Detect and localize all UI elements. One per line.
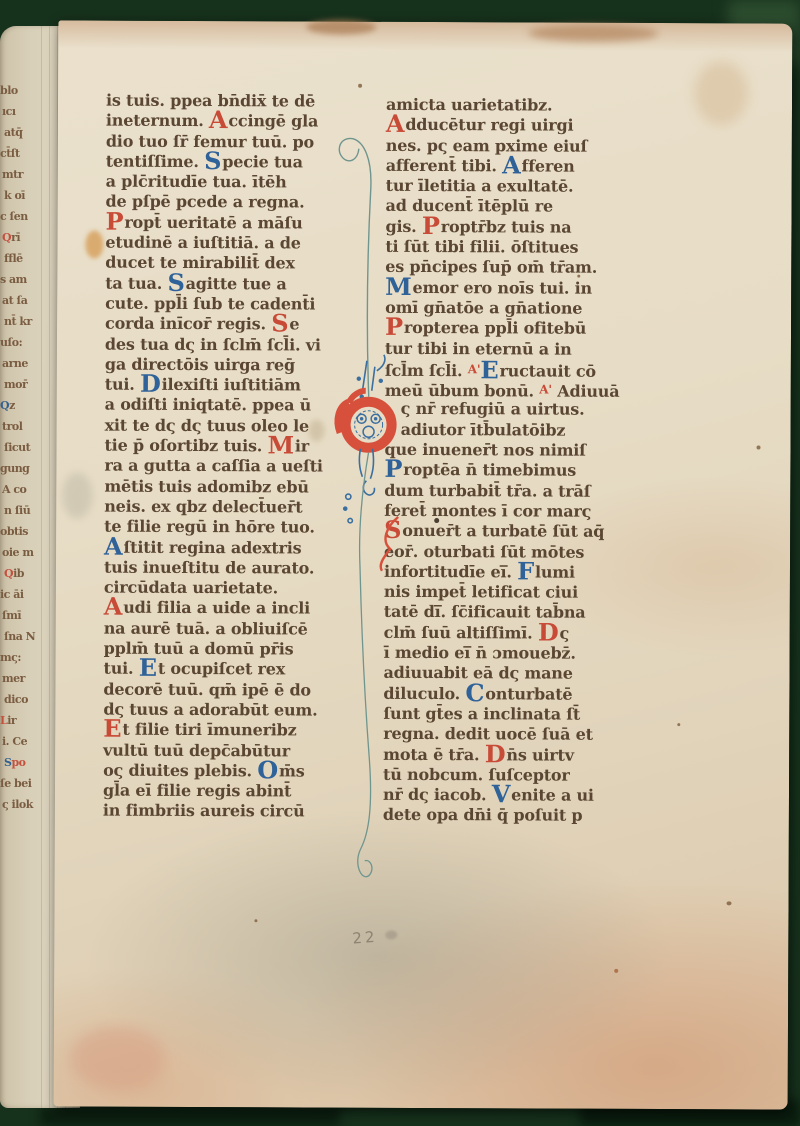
red-initial-flourish bbox=[381, 517, 399, 571]
text-run: Q bbox=[4, 567, 13, 580]
versal-initial: A bbox=[104, 600, 122, 614]
text-run: e bbox=[289, 315, 299, 334]
edge-text-fragment: ſe bei bbox=[0, 777, 31, 790]
text-run: ſmī bbox=[2, 609, 21, 622]
versal-initial: S bbox=[204, 154, 221, 168]
text-run: a odiſti iniqtatē. ppea ū bbox=[105, 395, 311, 415]
parchment-page: is tuis. ppea bn̄dix̄ te dēineternum. Ac… bbox=[54, 20, 793, 1109]
versal-initial: F bbox=[517, 564, 534, 578]
text-run: nt̄ kr bbox=[4, 315, 32, 328]
text-run: ga directōis uirga reḡ bbox=[105, 354, 295, 374]
edge-text-fragment: k oī bbox=[4, 189, 25, 202]
text-run: ineternum. bbox=[106, 111, 209, 130]
edge-text-fragment: Qrī bbox=[2, 231, 20, 244]
text-run: onturbatē bbox=[485, 684, 572, 703]
text-run: tui. bbox=[105, 375, 140, 394]
edge-text-fragment: Qz bbox=[0, 399, 15, 412]
filigree-penwork-lower bbox=[344, 449, 375, 523]
edge-text-fragment: n ſiū bbox=[4, 504, 30, 517]
text-run: c ſen bbox=[0, 210, 28, 223]
edge-text-fragment: Spo bbox=[4, 756, 25, 769]
edge-text-fragment: c ſen bbox=[0, 210, 28, 223]
text-run: n̄s uirtv bbox=[506, 745, 574, 764]
text-run: ructauit cō bbox=[499, 361, 596, 380]
text-run: gung bbox=[0, 462, 29, 475]
text-run: Q bbox=[2, 231, 11, 244]
edge-text-fragment: A co bbox=[2, 483, 26, 496]
flourish-descender bbox=[358, 453, 374, 877]
text-run: ta tua. bbox=[105, 273, 167, 292]
stain bbox=[85, 231, 103, 259]
text-run: at ſa bbox=[2, 294, 27, 307]
text-run: po bbox=[11, 756, 25, 769]
text-run: ducet te mirabilit̄ dex bbox=[105, 253, 295, 273]
text-run: ra a gutta a caſſia a ueſti bbox=[104, 456, 322, 476]
text-run: rī bbox=[11, 231, 20, 244]
speck bbox=[757, 445, 761, 449]
text-run: tione bbox=[537, 298, 582, 317]
speck bbox=[677, 723, 680, 726]
edge-text-fragment: Lir bbox=[0, 714, 16, 727]
edge-text-fragment: mtr bbox=[2, 168, 23, 181]
text-run: tui. bbox=[104, 659, 139, 678]
decorated-initial-and-flourish bbox=[322, 97, 436, 932]
text-run: mor̄ bbox=[4, 378, 27, 391]
text-run: ilexiſti iuſtitiām bbox=[162, 375, 301, 395]
versal-initial: O bbox=[257, 763, 278, 777]
text-run: A co bbox=[2, 483, 26, 496]
edge-text-fragment: gung bbox=[0, 462, 29, 475]
edge-text-fragment: dico bbox=[4, 693, 28, 706]
speck bbox=[254, 919, 257, 922]
text-run: neis. ex qbz delect̄uer̄t bbox=[104, 497, 302, 517]
edge-text-fragment: ic āi bbox=[0, 588, 24, 601]
edge-text-fragment: mς: bbox=[0, 651, 21, 664]
edge-text-fragment: at ſa bbox=[2, 294, 27, 307]
text-run: emor ero noīs tui. in bbox=[413, 278, 592, 298]
text-run: enite a ui bbox=[511, 785, 594, 804]
versal-initial: V bbox=[492, 787, 510, 801]
text-run: des tua dς in ſclm̄ ſcl̄i. vi bbox=[105, 334, 321, 354]
text-run: ccingē gla bbox=[228, 111, 318, 130]
text-run: in fimbriis aureis circū bbox=[103, 801, 305, 821]
text-run: ς bbox=[559, 623, 569, 642]
edge-text-fragment: blo bbox=[0, 84, 18, 97]
text-run: ic āi bbox=[0, 588, 24, 601]
text-run: ib bbox=[13, 567, 24, 580]
versal-initial: E bbox=[480, 363, 498, 377]
edge-text-fragment: Qib bbox=[4, 567, 24, 580]
text-run: agitte tue a bbox=[186, 274, 287, 293]
versal-initial: E bbox=[103, 722, 121, 736]
text-run: uſo: bbox=[0, 336, 22, 349]
text-run: ſtitit regina adextris bbox=[123, 537, 301, 557]
text-run: blo bbox=[0, 84, 18, 97]
text-run: ς ilok bbox=[2, 798, 33, 811]
edge-text-fragment: ſna N bbox=[4, 630, 35, 643]
text-run: de pſpē pcede a regna. bbox=[106, 192, 305, 212]
text-run: trol bbox=[2, 420, 22, 433]
versal-initial: P bbox=[105, 214, 123, 228]
versal-initial: S bbox=[271, 317, 288, 331]
versal-initial: E bbox=[139, 661, 157, 675]
text-run: pplm̄ tuū a domū pr̄is bbox=[104, 639, 294, 659]
versal-initial: A bbox=[502, 158, 520, 172]
text-run: ropt̄ ueritatē a māſu bbox=[124, 212, 302, 232]
text-run: atq̄ bbox=[4, 126, 22, 139]
versal-initial: M bbox=[267, 438, 293, 452]
text-run: dς tuus a adorabūt eum. bbox=[103, 700, 317, 720]
edge-text-fragment: trol bbox=[2, 420, 22, 433]
edge-text-fragment: fflē bbox=[4, 252, 23, 265]
versal-initial: D bbox=[140, 377, 161, 391]
edge-text-fragment: ς ilok bbox=[2, 798, 33, 811]
text-run: t ocupiſcet rex bbox=[158, 659, 285, 679]
text-run: oς diuites plebis. bbox=[103, 760, 257, 780]
text-run: ſe bei bbox=[0, 777, 31, 790]
versal-initial: A bbox=[209, 113, 227, 127]
edge-text-fragment: ct̄ſt bbox=[0, 147, 20, 160]
text-run: fflē bbox=[4, 252, 23, 265]
text-run: roptr̄bz tuis na bbox=[441, 217, 572, 237]
versal-initial: A bbox=[104, 539, 122, 553]
antiphon-rubric: A' bbox=[468, 362, 481, 376]
text-run: te filie regū in hōre tuo. bbox=[104, 517, 315, 537]
text-run: corda inīcor̄ regis. bbox=[105, 314, 271, 334]
text-run: lumi bbox=[535, 562, 575, 581]
text-run: n ſiū bbox=[4, 504, 30, 517]
text-run: decorē tuū. qm̄ ipē ē do bbox=[103, 679, 311, 699]
text-run: circūdata uarietate. bbox=[104, 578, 278, 598]
text-run: mς: bbox=[0, 651, 21, 664]
text-run: ıcı bbox=[2, 105, 16, 118]
edge-text-fragment: ſmī bbox=[2, 609, 21, 622]
text-run: ir bbox=[295, 436, 309, 455]
text-run: gl̄a eī filie regis abint̄ bbox=[103, 781, 291, 801]
stain bbox=[528, 24, 658, 42]
text-run: Adiuuā bbox=[552, 382, 620, 401]
speck bbox=[358, 84, 362, 88]
text-run: a plc̄ritudīe tua. ītēh bbox=[106, 172, 287, 192]
versal-initial: S bbox=[167, 276, 184, 290]
edge-text-fragment: arne bbox=[2, 357, 28, 370]
text-run: oie m bbox=[2, 546, 33, 559]
edge-text-fragment: s am bbox=[0, 273, 27, 286]
text-run: tuis inueſtitu de aurato. bbox=[104, 557, 314, 577]
text-run: arne bbox=[2, 357, 28, 370]
speck bbox=[614, 969, 618, 973]
manuscript-photo: { "document_type": "illuminated-manuscri… bbox=[0, 0, 800, 1126]
initial-filigree-face bbox=[355, 411, 383, 439]
edge-text-fragment: i. Ce bbox=[2, 735, 27, 748]
versal-initial: C bbox=[465, 686, 484, 700]
text-run: tentiſſime. bbox=[106, 152, 204, 171]
text-run: obtis bbox=[0, 525, 28, 538]
edge-text-fragment: oie m bbox=[2, 546, 33, 559]
text-run: Q bbox=[0, 399, 9, 412]
background-shadow-left bbox=[40, 1106, 340, 1126]
text-run: na aurē tuā. a obliuiſcē bbox=[104, 618, 308, 638]
edge-text-fragment: atq̄ bbox=[4, 126, 22, 139]
text-run: z bbox=[9, 399, 15, 412]
text-run: tie p̄ oſortibz tuis. bbox=[104, 436, 267, 456]
antiphon-rubric: A' bbox=[539, 383, 552, 397]
text-run: etudinē a iuſtitiā. a de bbox=[105, 233, 300, 253]
text-run: t filie tiri īmuneribz bbox=[122, 720, 296, 740]
edge-text-fragment: ſicut bbox=[4, 441, 30, 454]
text-run: ſna N bbox=[4, 630, 35, 643]
text-run: ct̄ſt bbox=[0, 147, 20, 160]
text-run: ſicut bbox=[4, 441, 30, 454]
text-run: k oī bbox=[4, 189, 25, 202]
text-run: mtr bbox=[2, 168, 23, 181]
text-run: udi filia a uide a incli bbox=[123, 598, 310, 618]
edge-text-fragment: mor̄ bbox=[4, 378, 27, 391]
edge-text-fragment: ıcı bbox=[2, 105, 16, 118]
edge-text-fragment: obtis bbox=[0, 525, 28, 538]
edge-text-fragment: uſo: bbox=[0, 336, 22, 349]
stain bbox=[694, 61, 748, 125]
stain bbox=[62, 472, 92, 518]
stain bbox=[306, 19, 376, 34]
text-run: pecie tua bbox=[222, 152, 303, 171]
text-run: i. Ce bbox=[2, 735, 27, 748]
edge-text-fragment: mer bbox=[2, 672, 25, 685]
initial-D bbox=[338, 391, 391, 448]
text-run: ir bbox=[7, 714, 16, 727]
text-run: mer bbox=[2, 672, 25, 685]
speck bbox=[727, 901, 732, 905]
text-run: s am bbox=[0, 273, 27, 286]
text-run: m̄s bbox=[279, 761, 305, 780]
versal-initial: D bbox=[538, 625, 559, 639]
stain bbox=[70, 1026, 166, 1090]
edge-text-fragment: nt̄ kr bbox=[4, 315, 32, 328]
text-run: fferen bbox=[522, 156, 575, 175]
flourish-ascender bbox=[338, 138, 371, 396]
versal-initial: D bbox=[485, 747, 506, 761]
text-run: mētis tuis adomibz ebū bbox=[104, 476, 309, 496]
text-run: dico bbox=[4, 693, 28, 706]
